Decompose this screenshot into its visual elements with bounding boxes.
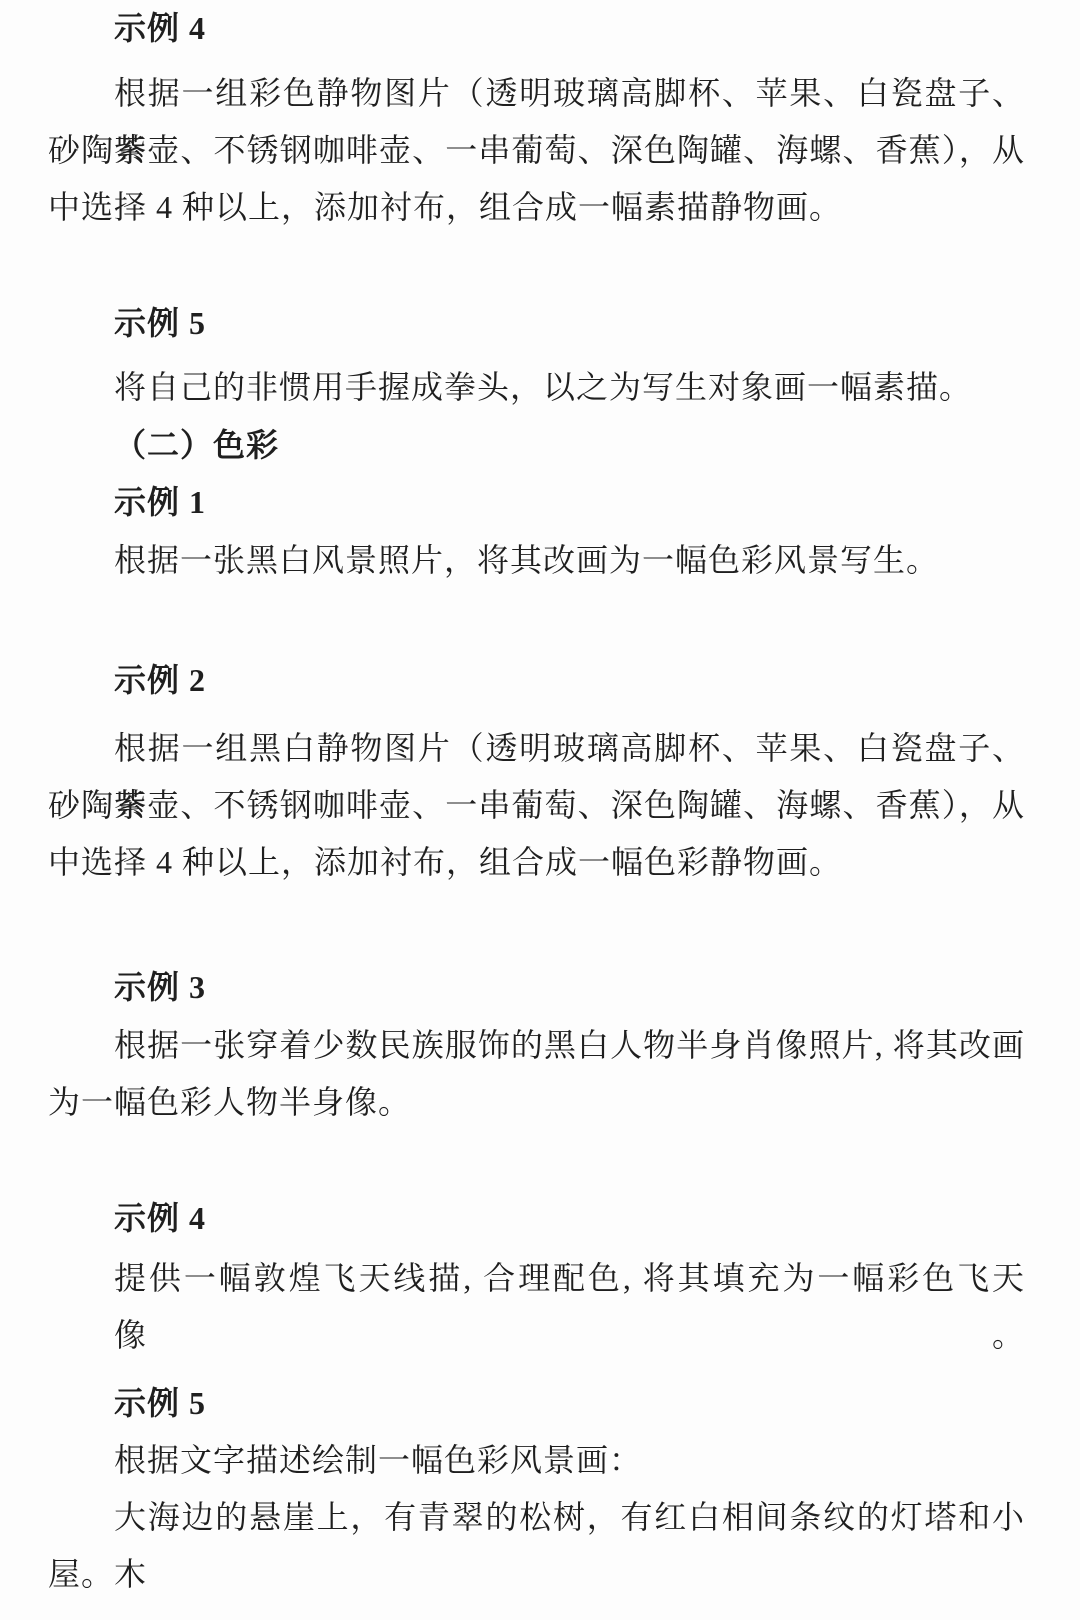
heading-text: （二）色彩 [48, 417, 1025, 474]
example-heading: 示例 4 [48, 0, 1025, 57]
paragraph: 根据一组彩色静物图片（透明玻璃高脚杯、苹果、白瓷盘子、紫砂陶茶壶、不锈钢咖啡壶、… [48, 65, 1025, 236]
example-heading: 示例 4 [48, 1190, 1025, 1247]
section-heading: （二）色彩 [48, 417, 1025, 474]
document-page: 示例 4根据一组彩色静物图片（透明玻璃高脚杯、苹果、白瓷盘子、紫砂陶茶壶、不锈钢… [0, 0, 1080, 1620]
text-line: 根据一张黑白风景照片，将其改画为一幅色彩风景写生。 [48, 532, 1025, 589]
heading-text: 示例 3 [48, 959, 1025, 1016]
text-line: 砂陶茶壶、不锈钢咖啡壶、一串葡萄、深色陶罐、海螺、香蕉），从 [48, 777, 1025, 834]
heading-text: 示例 5 [48, 295, 1025, 352]
text-line: 为一幅色彩人物半身像。 [48, 1074, 1025, 1131]
text-line: 根据文字描述绘制一幅色彩风景画： [48, 1432, 1025, 1489]
text-line: 砂陶茶壶、不锈钢咖啡壶、一串葡萄、深色陶罐、海螺、香蕉），从 [48, 122, 1025, 179]
text-line: 中选择 4 种以上，添加衬布，组合成一幅素描静物画。 [48, 179, 1025, 236]
paragraph: 根据一组黑白静物图片（透明玻璃高脚杯、苹果、白瓷盘子、紫砂陶茶壶、不锈钢咖啡壶、… [48, 720, 1025, 891]
example-heading: 示例 2 [48, 652, 1025, 709]
paragraph: 根据文字描述绘制一幅色彩风景画：大海边的悬崖上，有青翠的松树，有红白相间条纹的灯… [48, 1432, 1025, 1603]
example-heading: 示例 3 [48, 959, 1025, 1016]
example-heading: 示例 5 [48, 295, 1025, 352]
heading-text: 示例 2 [48, 652, 1025, 709]
paragraph: 提供一幅敦煌飞天线描, 合理配色, 将其填充为一幅彩色飞天像。 [48, 1250, 1025, 1307]
heading-text: 示例 1 [48, 474, 1025, 531]
heading-text: 示例 5 [48, 1375, 1025, 1432]
example-heading: 示例 1 [48, 474, 1025, 531]
text-line: 中选择 4 种以上，添加衬布，组合成一幅色彩静物画。 [48, 834, 1025, 891]
text-line: 根据一组彩色静物图片（透明玻璃高脚杯、苹果、白瓷盘子、紫 [48, 65, 1025, 122]
text-line: 大海边的悬崖上，有青翠的松树，有红白相间条纹的灯塔和小木 [48, 1489, 1025, 1546]
example-heading: 示例 5 [48, 1375, 1025, 1432]
text-line: 将自己的非惯用手握成拳头，以之为写生对象画一幅素描。 [48, 359, 1025, 416]
text-line: 根据一组黑白静物图片（透明玻璃高脚杯、苹果、白瓷盘子、紫 [48, 720, 1025, 777]
heading-text: 示例 4 [48, 1190, 1025, 1247]
text-line: 根据一张穿着少数民族服饰的黑白人物半身肖像照片, 将其改画 [48, 1017, 1025, 1074]
text-line: 提供一幅敦煌飞天线描, 合理配色, 将其填充为一幅彩色飞天像。 [48, 1250, 1025, 1307]
paragraph: 根据一张黑白风景照片，将其改画为一幅色彩风景写生。 [48, 532, 1025, 589]
paragraph: 将自己的非惯用手握成拳头，以之为写生对象画一幅素描。 [48, 359, 1025, 416]
heading-text: 示例 4 [48, 0, 1025, 57]
paragraph: 根据一张穿着少数民族服饰的黑白人物半身肖像照片, 将其改画为一幅色彩人物半身像。 [48, 1017, 1025, 1131]
text-line: 屋。 [48, 1546, 1025, 1603]
